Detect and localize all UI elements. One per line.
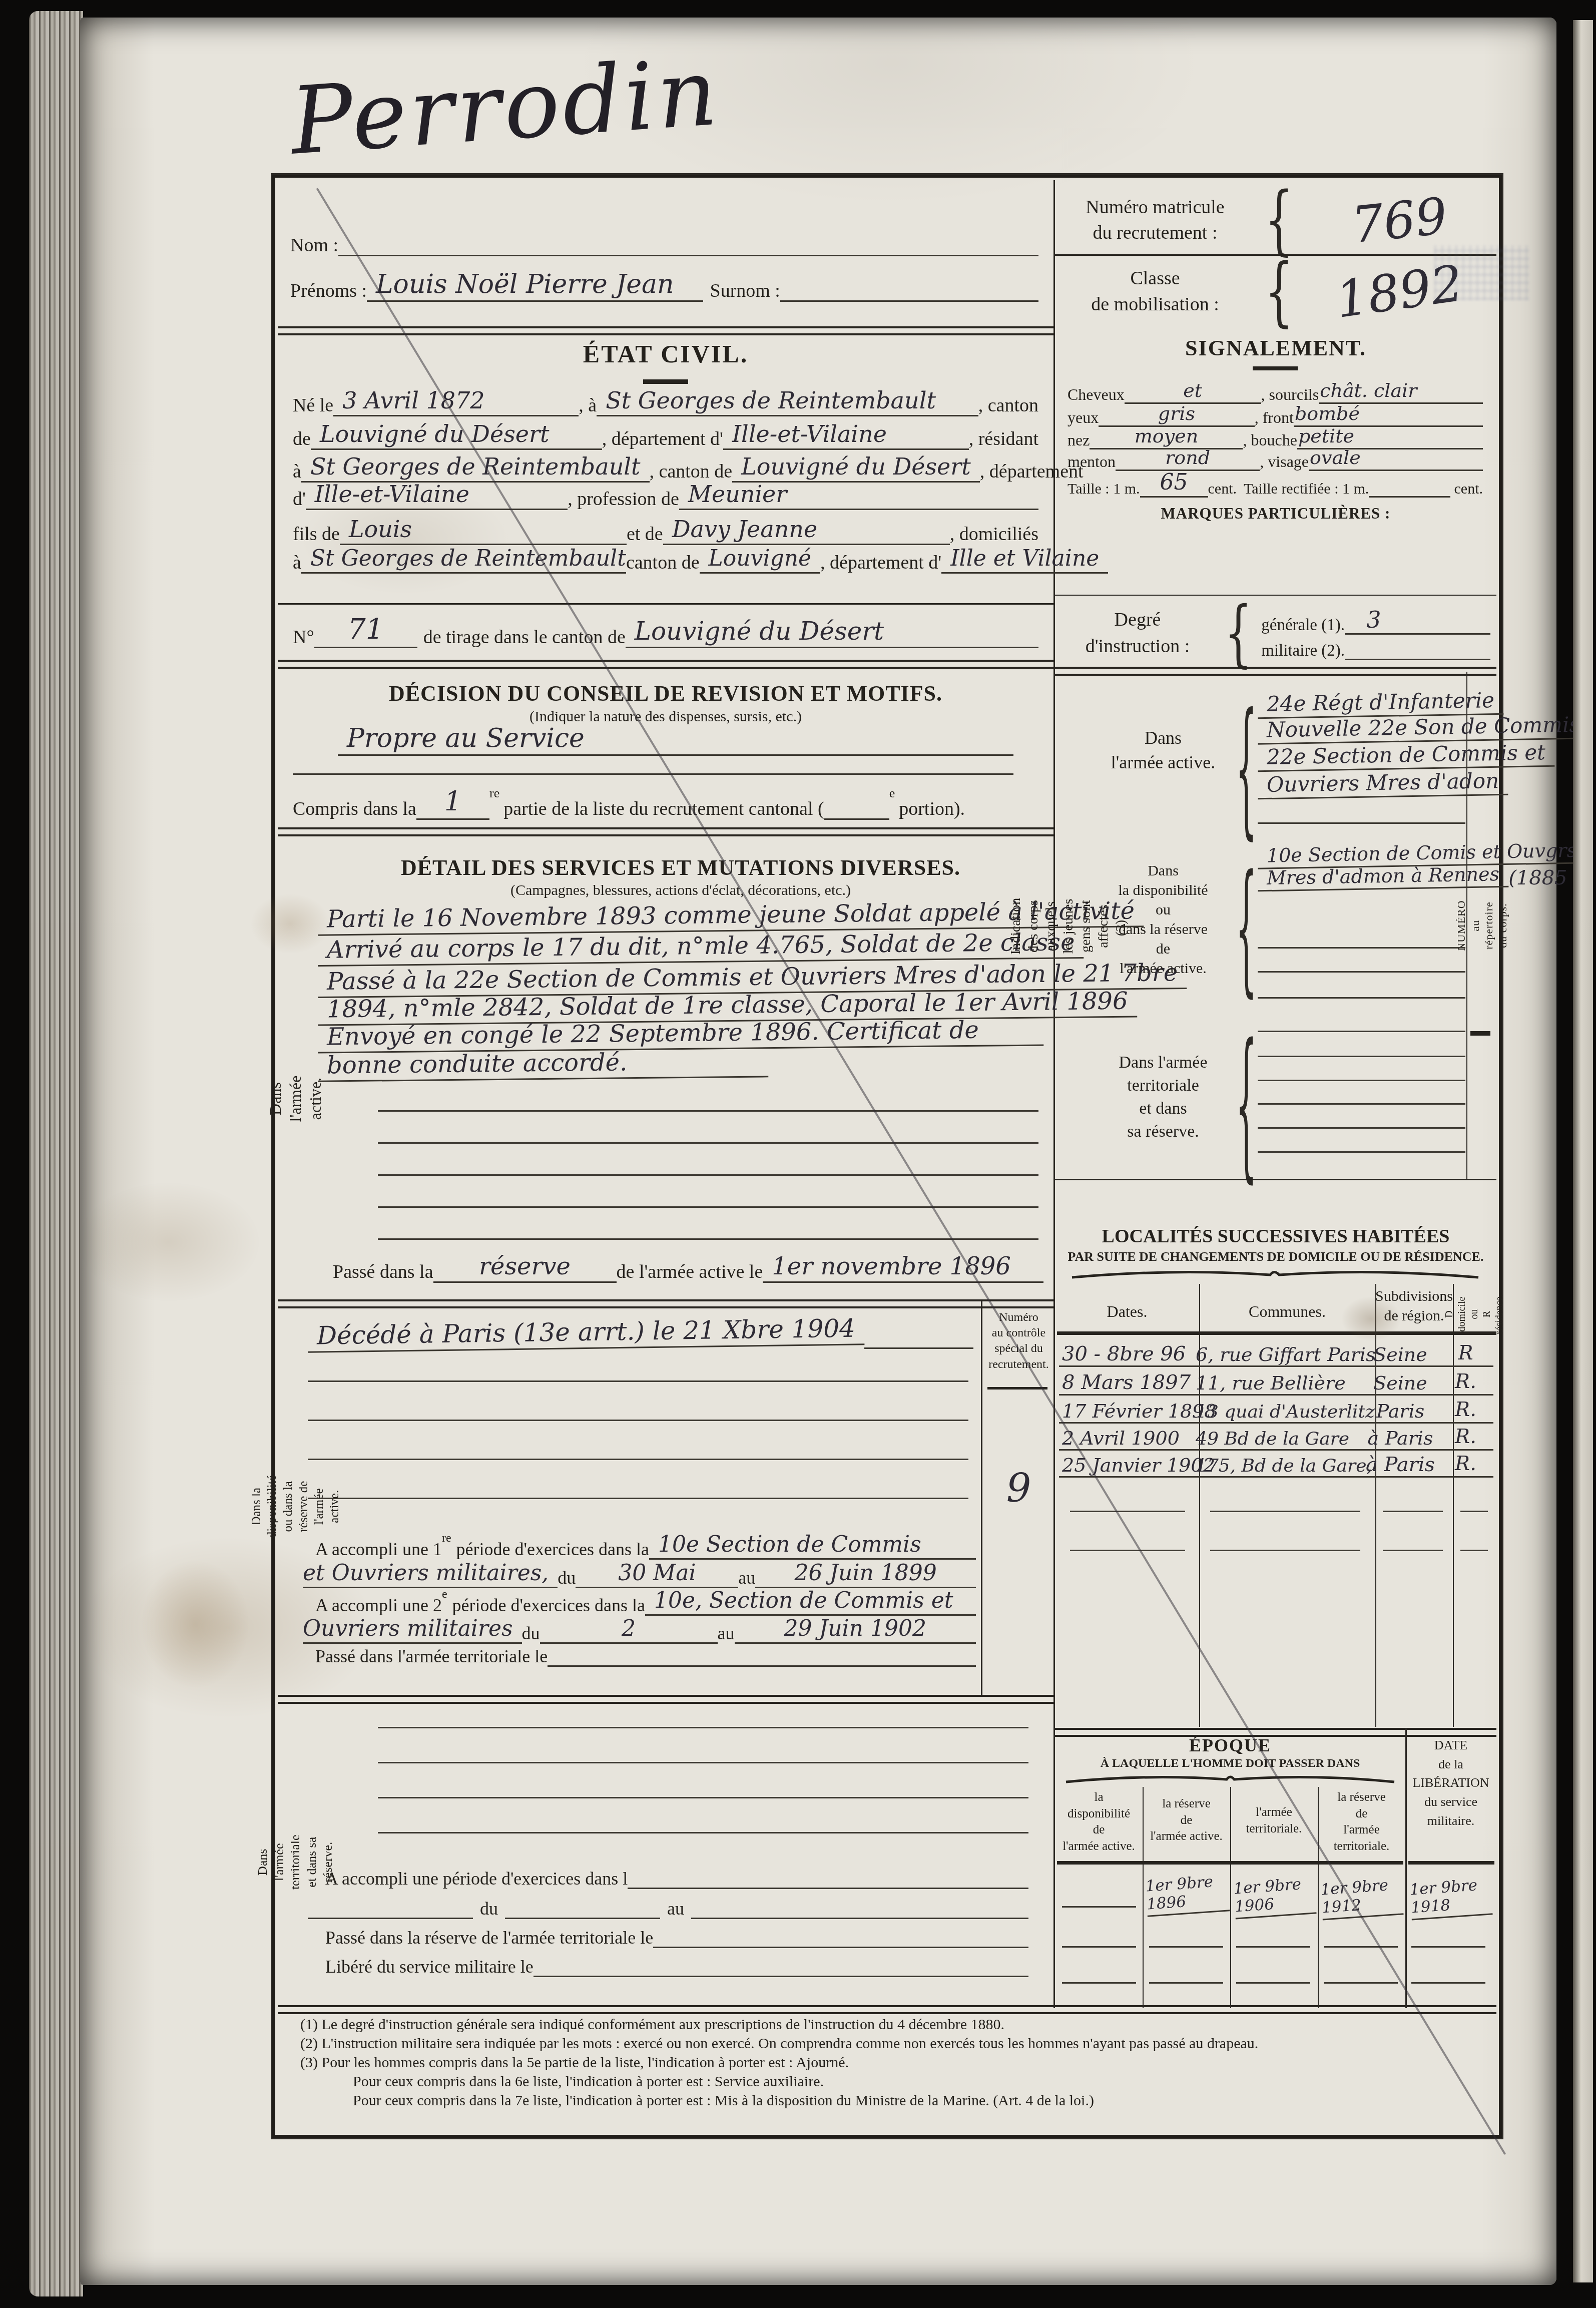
label: à: [293, 552, 301, 574]
service-line: bonne conduite accordé.: [318, 1049, 768, 1080]
title-dash: [1253, 366, 1298, 370]
service-line: Envoyé en congé le 22 Septembre 1896. Ce…: [318, 1019, 1043, 1050]
col-header-dates: Dates.: [1055, 1302, 1199, 1321]
loc-date: 8 Mars 1897: [1059, 1371, 1193, 1396]
degre-generale-row: générale (1). 3: [1261, 606, 1490, 635]
controle-rule: [987, 1387, 1047, 1390]
corps-g3-label: Dans l'armée territoriale et dans sa rés…: [1088, 1051, 1238, 1143]
prenoms-label: Prénoms :: [290, 280, 367, 302]
footnote-4: Pour ceux compris dans la 6e liste, l'in…: [353, 2073, 1469, 2090]
blank-cell-line: [1460, 1550, 1488, 1551]
libere-row: Libéré du service militaire le: [325, 1956, 1028, 1977]
periode1-row: A accompli une 1 re période d'exercices …: [315, 1532, 976, 1560]
blank-cell-line: [1460, 1511, 1488, 1512]
menton-value: rond: [1116, 446, 1260, 471]
blank-line: [1258, 997, 1465, 999]
label: , domiciliés: [950, 523, 1038, 545]
corps-line: 24e Régt d'Infanterie: [1258, 690, 1465, 717]
blank-cell-line: [1149, 1946, 1223, 1948]
cheveux-label: Cheveux: [1068, 385, 1125, 404]
epoque-header-rule: [1057, 1861, 1403, 1865]
mother-name: Davy Jeanne: [663, 516, 950, 545]
periode2-from: 2: [540, 1616, 718, 1644]
blank-line: [1258, 1127, 1465, 1129]
ec-line-6: à St Georges de Reintembault canton de L…: [293, 546, 1038, 574]
footnote-1: (1) Le degré d'instruction générale sera…: [300, 2016, 1471, 2033]
terr-reserve-row: Passé dans la réserve de l'armée territo…: [325, 1927, 1028, 1948]
label: et de: [627, 523, 663, 545]
localites-title: LOCALITÉS SUCCESSIVES HABITÉES: [1055, 1225, 1496, 1247]
prenoms-row: Prénoms : Louis Noël Pierre Jean Surnom …: [290, 269, 1038, 302]
bouche-value: petite: [1297, 425, 1483, 449]
repertoire-dash: [1470, 1031, 1490, 1036]
rule: [1055, 595, 1496, 596]
decision-title: DÉCISION DU CONSEIL DE REVISION ET MOTIF…: [278, 681, 1053, 706]
front-label: , front: [1255, 408, 1294, 427]
faded-stamp: [1434, 245, 1529, 300]
blank-line: [378, 1206, 1038, 1208]
periode1-to: 26 Juin 1899: [755, 1560, 976, 1588]
services-subtitle: (Campagnes, blessures, actions d'éclat, …: [308, 882, 1053, 899]
periode2-unit: 10e, Section de Commis et: [645, 1588, 976, 1616]
brace: {: [1236, 1011, 1257, 1198]
service-line: Arrivé au corps le 17 du dit, n°mle 4.76…: [318, 932, 1043, 963]
front-value: bombé: [1294, 402, 1483, 427]
corps-entry: Ouvriers Mres d'adon: [1258, 768, 1508, 800]
loc-commune: 175, Bd de la Gare,: [1193, 1456, 1363, 1478]
label: , canton: [978, 394, 1038, 416]
brace: {: [1224, 604, 1252, 662]
label: Né le: [293, 394, 333, 416]
marques-label: MARQUES PARTICULIÈRES :: [1055, 505, 1496, 523]
periode1-unit-2: et Ouvriers militaires,: [303, 1560, 558, 1588]
section-rule: [278, 1299, 1053, 1308]
footnote-2: (2) L'instruction militaire sera indiqué…: [300, 2035, 1481, 2052]
superscript: e: [889, 786, 895, 801]
degre-label: Degré d'instruction :: [1060, 607, 1215, 660]
nez-value: moyen: [1090, 425, 1243, 449]
line: [1403, 629, 1490, 635]
label: partie de la liste du recrutement canton…: [499, 798, 824, 820]
classe-cell: Classe de mobilisation : { 1892: [1055, 260, 1496, 323]
superscript: e: [442, 1588, 447, 1601]
controle-special-column: Numéro au contrôle spécial du recrutemen…: [981, 1301, 1055, 1696]
periode2-unit-2: Ouvriers militaires: [303, 1616, 522, 1644]
generale-value: 3: [1345, 606, 1403, 635]
label: A accompli une période d'exercices dans …: [325, 1868, 628, 1889]
corps-side-label: Indication des corps auxquels les jeunes…: [1052, 673, 1085, 1179]
label: , résidant: [969, 428, 1038, 450]
liberation-header-rule: [1408, 1861, 1494, 1865]
profession: Meunier: [679, 481, 1038, 510]
title-dash: [643, 379, 688, 384]
ec-line-1: Né le 3 Avril 1872 , à St Georges de Rei…: [293, 387, 1038, 416]
terr-periode-row: A accompli une période d'exercices dans …: [325, 1868, 1028, 1889]
periode1-from: 30 Mai: [576, 1560, 738, 1588]
corps-g2-label: Dans la disponibilité ou dans la réserve…: [1088, 861, 1238, 978]
blank-cell-line: [1070, 1550, 1185, 1551]
taille-rectifiee-label: Taille rectifiée : 1 m.: [1237, 481, 1369, 498]
name-signature: Perrodin: [287, 38, 724, 175]
degre-block: Degré d'instruction : { générale (1). 3 …: [1060, 603, 1490, 663]
epoque-col4-header: la réserve de l'armée territoriale.: [1318, 1789, 1405, 1855]
epoque-title: ÉPOQUE: [1055, 1735, 1405, 1756]
blank-line: [1258, 822, 1465, 824]
loc-subdivision: Seine: [1363, 1343, 1438, 1367]
blank-line: [378, 1110, 1038, 1112]
epoque-reserve-value: 1er 9bre 1896: [1145, 1872, 1230, 1917]
terr-side-label: Dans l'armée territoriale et dans sa rés…: [278, 1722, 313, 2002]
footnote-5: Pour ceux compris dans la 7e liste, l'in…: [353, 2092, 1469, 2109]
line: [505, 1914, 660, 1919]
birth-departement: Ille-et-Vilaine: [723, 420, 969, 450]
corps-line: Mres d'admon à Rennes (1885: [1258, 865, 1493, 889]
localite-row: 2 Avril 1900 49 Bd de la Gare à Paris R.: [1059, 1425, 1493, 1451]
signalement-title: SIGNALEMENT.: [1055, 335, 1496, 361]
localite-row: 8 Mars 1897 11, rue Bellière Seine R.: [1059, 1370, 1493, 1396]
label: Libéré du service militaire le: [325, 1956, 534, 1977]
label: du: [522, 1623, 540, 1644]
section-rule: [1055, 667, 1496, 676]
table-header-rule: [1057, 1331, 1496, 1335]
blank-line: [1258, 1056, 1465, 1057]
section-rule: [278, 1695, 1053, 1704]
label: , profession de: [568, 488, 679, 510]
label: , à: [579, 394, 597, 416]
corps-number: (1885: [1508, 866, 1567, 889]
blank-line: [378, 1727, 1028, 1728]
label: Compris dans la: [293, 798, 416, 820]
blank-line: [378, 1174, 1038, 1176]
loc-dr: R.: [1438, 1425, 1493, 1451]
blank-line: [1258, 971, 1465, 973]
parents-commune: St Georges de Reintembault: [301, 546, 626, 574]
sourcils-label: , sourcils: [1261, 385, 1319, 404]
tirage-label: N°: [293, 626, 314, 648]
label: canton de: [626, 552, 700, 574]
etat-civil-title: ÉTAT CIVIL.: [278, 339, 1053, 368]
blank-cell-line: [1411, 1946, 1485, 1948]
label: du: [473, 1898, 505, 1919]
blank-cell-line: [1324, 1982, 1398, 1984]
line: [308, 1914, 473, 1919]
taille-label: Taille : 1 m.: [1068, 481, 1140, 498]
blank-line: [378, 1142, 1038, 1144]
blank-line: [308, 1420, 968, 1421]
matricule-label: Numéro matricule du recrutement :: [1055, 195, 1255, 246]
loc-subdivision: à Paris: [1363, 1427, 1438, 1451]
brace: {: [1236, 846, 1257, 1011]
register-page: Perrodin Nom : Prénoms : Louis Noël Pier…: [80, 18, 1556, 2285]
yeux-value: gris: [1099, 402, 1254, 427]
superscript: re: [489, 786, 499, 801]
label: à: [293, 460, 301, 483]
localite-row: 30 - 8bre 96 6, rue Giffart Paris Seine …: [1059, 1341, 1493, 1367]
blank-cell-line: [1324, 1946, 1398, 1948]
epoque-res-terr-value: 1er 9bre 1912: [1320, 1875, 1403, 1920]
loc-subdivision: à Paris: [1363, 1453, 1438, 1478]
blank-cell-line: [1062, 1906, 1136, 1908]
loc-date: 25 Janvier 1902: [1059, 1454, 1193, 1478]
label: au: [718, 1623, 735, 1644]
reserve-date: 1er novembre 1896: [763, 1252, 1043, 1283]
localite-row: 17 Février 1898 13 quai d'Austerlitz Par…: [1059, 1398, 1493, 1424]
blank-cell-line: [1383, 1550, 1443, 1551]
periode1-unit: 10e Section de Commis: [649, 1532, 976, 1560]
prenoms-line: [683, 296, 703, 302]
matricule-cell: Numéro matricule du recrutement : { 769: [1055, 190, 1496, 250]
blank-cell-line: [1236, 1946, 1310, 1948]
label: au: [738, 1567, 755, 1588]
blank-cell-line: [1062, 1982, 1136, 1984]
col-header-subdivisions: Subdivisions de région.: [1375, 1286, 1453, 1325]
decorative-swash: [1070, 1267, 1480, 1280]
brace: {: [1265, 262, 1293, 322]
birth-place: St Georges de Reintembault: [597, 387, 978, 416]
loc-dr: R.: [1438, 1452, 1493, 1478]
liste-partie-number: 1: [416, 786, 489, 820]
line: [548, 1661, 976, 1667]
blank-cell-line: [1149, 1982, 1223, 1984]
corps-line: 22e Section de Commis et: [1258, 742, 1465, 769]
decision-value: Propre au Service: [338, 723, 594, 756]
degre-rows: générale (1). 3 militaire (2).: [1261, 606, 1490, 660]
cheveux-value: et: [1125, 379, 1261, 404]
services-side-label: Dans l'armée active.: [278, 891, 313, 1306]
blank-line: [378, 1797, 1028, 1798]
corps-line: Ouvriers Mres d'adon: [1258, 770, 1465, 797]
label: d': [293, 488, 306, 510]
loc-commune: 11, rue Bellière: [1193, 1372, 1363, 1396]
label: Passé dans la: [333, 1261, 433, 1283]
sig-row-taille: Taille : 1 m. 65 cent. Taille rectifiée …: [1068, 470, 1483, 498]
corps-g1-label: Dans l'armée active.: [1088, 726, 1238, 774]
terr-du-au-row: du au: [308, 1898, 1028, 1919]
blank-line: [1258, 947, 1465, 949]
controle-special-number: 9: [982, 1466, 1055, 1511]
decede-row: Décédé à Paris (13e arrt.) le 21 Xbre 19…: [308, 1317, 973, 1349]
label: A accompli une 1: [315, 1539, 442, 1560]
controle-special-label: Numéro au contrôle spécial du recrutemen…: [982, 1310, 1055, 1372]
periode2-row: A accompli une 2 e période d'exercices d…: [315, 1588, 976, 1616]
loc-subdivision: Seine: [1363, 1372, 1438, 1396]
ec-line-2: de Louvigné du Désert , département d' I…: [293, 420, 1038, 450]
label: période d'exercices dans la: [447, 1595, 645, 1616]
deces-entry: Décédé à Paris (13e arrt.) le 21 Xbre 19…: [308, 1313, 865, 1353]
visage-value: ovale: [1309, 446, 1483, 471]
blank-cell-line: [1383, 1511, 1443, 1512]
periode2-to: 29 Juin 1902: [735, 1616, 976, 1644]
line: [628, 1884, 1028, 1889]
label: A accompli une 2: [315, 1595, 442, 1616]
residence-canton: Louvigné du Désert: [732, 453, 980, 483]
loc-dr: R.: [1438, 1370, 1493, 1396]
periode1-row-2: et Ouvriers militaires, du 30 Mai au 26 …: [303, 1560, 976, 1588]
brace: {: [1265, 190, 1293, 250]
epoque-col1-header: la disponibilité de l'armée active.: [1055, 1789, 1143, 1855]
birth-canton: Louvigné du Désert: [311, 420, 602, 450]
ec-line-4: d' Ille-et-Vilaine , profession de Meuni…: [293, 481, 1038, 510]
right-column: Numéro matricule du recrutement : { 769 …: [1055, 180, 1496, 2008]
blank-line: [1258, 1031, 1465, 1032]
decision-row: Propre au Service: [338, 723, 1013, 756]
services-title: DÉTAIL DES SERVICES ET MUTATIONS DIVERSE…: [308, 855, 1053, 880]
blank-cell-line: [1062, 1946, 1136, 1948]
cent-label: cent.: [1450, 481, 1483, 498]
blank-cell-line: [1236, 1982, 1310, 1984]
loc-date: 17 Février 1898: [1059, 1400, 1193, 1424]
blank-cell-line: [1070, 1511, 1185, 1512]
service-entry: bonne conduite accordé.: [318, 1047, 769, 1082]
sig-row-cheveux: Cheveux et , sourcils chât. clair: [1068, 379, 1483, 404]
sig-row-yeux: yeux gris , front bombé: [1068, 402, 1483, 427]
passe-territoriale-row: Passé dans l'armée territoriale le: [315, 1646, 976, 1667]
line: [653, 1943, 1028, 1948]
decorative-swash: [1064, 1773, 1396, 1785]
label: , canton de: [650, 460, 733, 483]
prenoms-value: Louis Noël Pierre Jean: [367, 269, 683, 302]
foxing-stain: [140, 1559, 250, 1689]
localites-subtitle: PAR SUITE DE CHANGEMENTS DE DOMICILE OU …: [1055, 1249, 1496, 1264]
nom-label: Nom :: [290, 234, 338, 256]
loc-dr: R: [1438, 1341, 1493, 1367]
corps-line: Nouvelle 22e Son de Commis: [1258, 715, 1465, 742]
liberation-col-header: DATE de la LIBÉRATION du service militai…: [1405, 1736, 1496, 1830]
blank-line: [378, 1832, 1028, 1833]
service-line: Parti le 16 Novembre 1893 comme jeune So…: [318, 901, 1043, 932]
label: de: [293, 428, 311, 450]
label: du: [558, 1567, 576, 1588]
parents-canton: Louvigné: [700, 546, 821, 574]
tirage-canton: Louvigné du Désert: [626, 617, 1038, 648]
tirage-row: N° 71 de tirage dans le canton de Louvig…: [293, 613, 1038, 648]
label: Passé dans la réserve de l'armée territo…: [325, 1927, 653, 1948]
blank-line: [293, 773, 1013, 775]
generale-label: générale (1).: [1261, 616, 1345, 635]
line: [1345, 655, 1490, 660]
brace: {: [1236, 683, 1257, 854]
periode2-row-2: Ouvriers militaires du 2 au 29 Juin 1902: [303, 1616, 976, 1644]
line: [864, 1343, 973, 1349]
label: au: [660, 1898, 691, 1919]
blank-line: [308, 1498, 968, 1499]
classe-label: Classe de mobilisation :: [1055, 266, 1255, 317]
surnom-line: [780, 296, 1038, 302]
residence-commune: St Georges de Reintembault: [301, 453, 650, 483]
epoque-col2-header: la réserve de l'armée active.: [1143, 1796, 1230, 1845]
father-name: Louis: [340, 516, 627, 545]
label: portion).: [895, 798, 965, 820]
line: [1369, 492, 1450, 498]
epoque-subtitle: À LAQUELLE L'HOMME DOIT PASSER DANS: [1055, 1757, 1405, 1770]
taille-value: 65: [1140, 470, 1208, 498]
sig-row-menton: menton rond , visage ovale: [1068, 446, 1483, 471]
label: Passé dans l'armée territoriale le: [315, 1646, 548, 1667]
birth-date: 3 Avril 1872: [333, 387, 579, 416]
nom-row: Nom :: [290, 234, 1038, 256]
ec-line-3: à St Georges de Reintembault , canton de…: [293, 453, 1038, 483]
section-rule: [278, 660, 1053, 669]
loc-commune: 6, rue Giffart Paris: [1193, 1343, 1363, 1367]
blank-line: [378, 1238, 1038, 1240]
blank-line: [308, 1459, 968, 1460]
section-rule: [1055, 1179, 1496, 1180]
visage-label: , visage: [1260, 452, 1309, 471]
line: [534, 1972, 1028, 1977]
page-stack-edge: [29, 11, 83, 2296]
loc-subdivision: Paris: [1363, 1400, 1438, 1424]
corps-entry: 22e Section de Commis et: [1258, 740, 1555, 772]
blank-line: [1258, 1080, 1465, 1081]
line: [691, 1914, 1028, 1919]
portion-line: [824, 814, 889, 820]
nom-line: [338, 251, 1038, 256]
col-header-communes: Communes.: [1199, 1302, 1375, 1321]
loc-commune: 49 Bd de la Gare: [1193, 1429, 1363, 1451]
militaire-label: militaire (2).: [1261, 642, 1345, 660]
yeux-label: yeux: [1068, 408, 1099, 427]
passe-reserve-row: Passé dans la réserve de l'armée active …: [333, 1252, 1043, 1283]
epoque-territoriale-value: 1er 9bre 1906: [1233, 1874, 1316, 1919]
corps-entry: Mres d'admon à Rennes: [1258, 863, 1509, 892]
sig-row-nez: nez moyen , bouche petite: [1068, 425, 1483, 449]
label: , département d': [602, 428, 723, 450]
section-rule: [278, 603, 1053, 605]
compris-row: Compris dans la 1 re partie de la liste …: [293, 786, 1023, 820]
section-rule: [278, 827, 1053, 836]
degre-militaire-row: militaire (2).: [1261, 642, 1490, 660]
menton-label: menton: [1068, 452, 1116, 471]
corps-line: 10e Section de Comis et Ouvgrs: [1258, 842, 1465, 866]
tirage-number: 71: [314, 613, 417, 648]
blank-line: [378, 1762, 1028, 1763]
cent-label: cent.: [1208, 481, 1237, 498]
label: fils de: [293, 523, 340, 545]
blank-cell-line: [1210, 1550, 1360, 1551]
blank-line: [1258, 1103, 1465, 1105]
loc-dr: R.: [1438, 1398, 1493, 1424]
liberation-date-value: 1er 9bre 1918: [1409, 1875, 1492, 1920]
ec-line-5: fils de Louis et de Davy Jeanne , domici…: [293, 516, 1038, 545]
blank-cell-line: [1210, 1511, 1360, 1512]
loc-commune: 13 quai d'Austerlitz: [1193, 1402, 1363, 1424]
label: , département d': [820, 552, 941, 574]
surnom-label: Surnom :: [703, 280, 780, 302]
footnote-3: (3) Pour les hommes compris dans la 5e p…: [300, 2054, 1471, 2071]
sourcils-value: chât. clair: [1319, 379, 1483, 404]
col-header-dr: D domicile ou R résidence.: [1453, 1279, 1496, 1349]
label: période d'exercices dans la: [451, 1539, 649, 1560]
loc-date: 30 - 8bre 96: [1059, 1342, 1193, 1367]
label: de l'armée active le: [617, 1261, 763, 1283]
blank-cell-line: [1411, 1982, 1485, 1984]
localite-row: 25 Janvier 1902 175, Bd de la Gare, à Pa…: [1059, 1452, 1493, 1478]
next-page-edge: [1573, 20, 1593, 2282]
book-photo: Perrodin Nom : Prénoms : Louis Noël Pier…: [0, 0, 1596, 2308]
decision-subtitle: (Indiquer la nature des dispenses, sursi…: [278, 708, 1053, 725]
blank-line: [308, 1380, 968, 1382]
top-band-rule: [278, 326, 1053, 335]
residence-departement: Ille-et-Vilaine: [306, 481, 568, 510]
superscript: re: [442, 1532, 451, 1545]
reserve-value: réserve: [433, 1252, 617, 1283]
blank-line: [1258, 1151, 1465, 1153]
